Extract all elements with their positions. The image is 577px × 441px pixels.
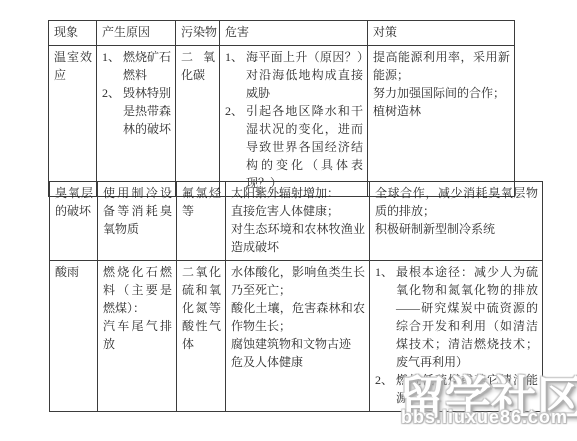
list-text: 海平面上升（原因？）对沿海低地构成直接威胁 xyxy=(246,50,363,100)
header-phenomenon: 现象 xyxy=(49,21,97,46)
phenomenon-text: 臭氧层的破坏 xyxy=(55,184,93,220)
list-item: 2、毁林特别是热带森林的破坏 xyxy=(102,84,171,138)
harm-line: 直接危害人体健康； xyxy=(231,202,365,220)
harm-line: 对生态环境和农林牧渔业造成破坏 xyxy=(231,220,365,256)
phenomenon-text: 温室效应 xyxy=(54,48,92,84)
pollutant-text: 氟氯烃等 xyxy=(182,184,221,220)
list-text: 燃烧低硫煤或其它清洁能源 xyxy=(396,373,538,405)
harm-line: 危及人体健康 xyxy=(231,353,365,371)
header-cause: 产生原因 xyxy=(97,21,176,46)
cell-ozone-pollutant: 氟氯烃等 xyxy=(177,182,226,261)
list-marker: 1、 xyxy=(102,48,120,66)
cell-ozone-measure: 全球合作，减少消耗臭氧层物质的排放； 积极研制新型制冷系统 xyxy=(370,182,543,261)
list-marker: 1、 xyxy=(225,48,243,66)
cell-greenhouse-pollutant: 二氧化碳 xyxy=(176,46,220,197)
cause-line: 燃烧化石燃料（主要是燃煤）： xyxy=(103,263,172,317)
list-item: 1、最根本途径：减少人为硫氧化物和氮氧化物的排放——研究煤炭中硫资源的综合开发和… xyxy=(375,263,538,371)
cell-acid-measure: 1、最根本途径：减少人为硫氧化物和氮氧化物的排放——研究煤炭中硫资源的综合开发和… xyxy=(370,261,543,412)
row-acid-rain: 酸雨 燃烧化石燃料（主要是燃煤）： 汽车尾气排放 二氧化硫和氧化氮等酸性气体 水… xyxy=(50,261,543,412)
document-page: 现象 产生原因 污染物 危害 对策 温室效应 1、燃烧矿石燃料 2、毁林特别是热… xyxy=(0,0,577,441)
cell-acid-pollutant: 二氧化硫和氧化氮等酸性气体 xyxy=(177,261,226,412)
header-pollutant: 污染物 xyxy=(176,21,220,46)
harm-line: 酸化土壤，危害森林和农作物生长； xyxy=(231,299,365,335)
cell-greenhouse-phenomenon: 温室效应 xyxy=(49,46,97,197)
list-item: 1、燃烧矿石燃料 xyxy=(102,48,171,84)
list-text: 最根本途径：减少人为硫氧化物和氮氧化物的排放——研究煤炭中硫资源的综合开发和利用… xyxy=(396,265,538,369)
list-marker: 2、 xyxy=(102,84,120,102)
phenomenon-text: 酸雨 xyxy=(55,263,93,281)
measure-line: 提高能源利用率，采用新能源； xyxy=(373,48,510,84)
environment-table-top: 现象 产生原因 污染物 危害 对策 温室效应 1、燃烧矿石燃料 2、毁林特别是热… xyxy=(48,20,515,197)
cell-acid-cause: 燃烧化石燃料（主要是燃煤）： 汽车尾气排放 xyxy=(98,261,177,412)
harm-line: 水体酸化，影响鱼类生长乃至死亡； xyxy=(231,263,365,299)
list-item: 2、引起各地区降水和干湿状况的变化，进而导致世界各国经济结构的变化（具体表现？） xyxy=(225,102,363,192)
list-text: 引起各地区降水和干湿状况的变化，进而导致世界各国经济结构的变化（具体表现？） xyxy=(246,104,363,190)
cell-acid-phenomenon: 酸雨 xyxy=(50,261,98,412)
environment-table-bottom: 臭氧层的破坏 使用制冷设备等消耗臭氧物质 氟氯烃等 太阳紫外辐射增加： 直接危害… xyxy=(49,181,543,412)
row-greenhouse: 温室效应 1、燃烧矿石燃料 2、毁林特别是热带森林的破坏 二氧化碳 1、海平面上… xyxy=(49,46,515,197)
list-marker: 1、 xyxy=(375,263,393,281)
list-item: 1、海平面上升（原因？）对沿海低地构成直接威胁 xyxy=(225,48,363,102)
pollutant-text: 二氧化碳 xyxy=(181,48,215,84)
cell-greenhouse-cause: 1、燃烧矿石燃料 2、毁林特别是热带森林的破坏 xyxy=(97,46,176,197)
header-measure: 对策 xyxy=(368,21,515,46)
cell-ozone-cause: 使用制冷设备等消耗臭氧物质 xyxy=(98,182,177,261)
harm-line: 腐蚀建筑物和文物古迹 xyxy=(231,335,365,353)
table-header-row: 现象 产生原因 污染物 危害 对策 xyxy=(49,21,515,46)
measure-line: 积极研制新型制冷系统 xyxy=(375,220,538,238)
cell-greenhouse-measure: 提高能源利用率，采用新能源； 努力加强国际间的合作； 植树造林 xyxy=(368,46,515,197)
cell-acid-harm: 水体酸化，影响鱼类生长乃至死亡； 酸化土壤，危害森林和农作物生长； 腐蚀建筑物和… xyxy=(226,261,370,412)
list-marker: 2、 xyxy=(375,371,393,389)
list-text: 燃烧矿石燃料 xyxy=(123,50,171,82)
cause-line: 汽车尾气排放 xyxy=(103,317,172,353)
cell-greenhouse-harm: 1、海平面上升（原因？）对沿海低地构成直接威胁 2、引起各地区降水和干湿状况的变… xyxy=(220,46,368,197)
cell-ozone-phenomenon: 臭氧层的破坏 xyxy=(50,182,98,261)
list-item: 2、燃烧低硫煤或其它清洁能源 xyxy=(375,371,538,407)
header-harm: 危害 xyxy=(220,21,368,46)
list-marker: 2、 xyxy=(225,102,243,120)
pollutant-text: 二氧化硫和氧化氮等酸性气体 xyxy=(182,263,221,353)
cell-ozone-harm: 太阳紫外辐射增加： 直接危害人体健康； 对生态环境和农林牧渔业造成破坏 xyxy=(226,182,370,261)
list-text: 毁林特别是热带森林的破坏 xyxy=(123,86,171,136)
measure-line: 努力加强国际间的合作； xyxy=(373,84,510,102)
measure-line: 植树造林 xyxy=(373,102,510,120)
harm-line: 太阳紫外辐射增加： xyxy=(231,184,365,202)
row-ozone: 臭氧层的破坏 使用制冷设备等消耗臭氧物质 氟氯烃等 太阳紫外辐射增加： 直接危害… xyxy=(50,182,543,261)
measure-line: 全球合作，减少消耗臭氧层物质的排放； xyxy=(375,184,538,220)
cause-text: 使用制冷设备等消耗臭氧物质 xyxy=(103,184,172,238)
